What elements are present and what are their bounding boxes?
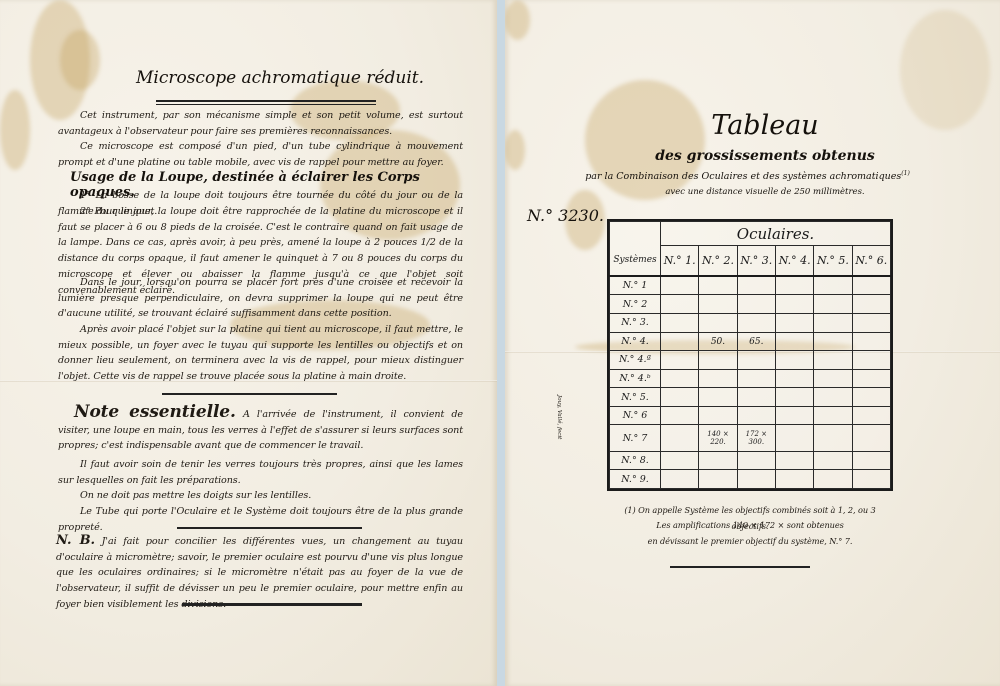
table-cell bbox=[852, 470, 890, 489]
table-cell bbox=[814, 388, 852, 407]
table-row: N.° 3. bbox=[610, 313, 891, 332]
table-cell bbox=[737, 369, 775, 388]
table-row: N.° 8. bbox=[610, 451, 891, 470]
table-cell bbox=[737, 295, 775, 314]
oculaire-column-header: N.° 5. bbox=[814, 246, 852, 276]
systeme-row-label: N.° 7 bbox=[610, 425, 661, 451]
note-paragraph-1: Il faut avoir soin de tenir les verres t… bbox=[58, 457, 463, 488]
table-row: N.° 4.ª bbox=[610, 351, 891, 370]
table-cell bbox=[661, 388, 699, 407]
table-cell bbox=[814, 332, 852, 351]
table-cell bbox=[775, 276, 813, 295]
table-subtitle-2: par la Combinaison des Oculaires et des … bbox=[575, 170, 920, 182]
table-cell bbox=[699, 369, 737, 388]
nb-block: N. B. J'ai fait pour concilier les diffé… bbox=[56, 533, 463, 613]
table-cell bbox=[661, 470, 699, 489]
table-row: N.° 7140 ×220.172 ×300. bbox=[610, 425, 891, 451]
nb-label: N. B. bbox=[56, 533, 95, 548]
table-cell bbox=[852, 276, 890, 295]
table-cell bbox=[775, 470, 813, 489]
document-title: Microscope achromatique réduit. bbox=[130, 68, 430, 88]
table-row: N.° 9. bbox=[610, 470, 891, 489]
table-cell bbox=[814, 406, 852, 425]
table-row: N.° 2 bbox=[610, 295, 891, 314]
table-cell bbox=[699, 470, 737, 489]
table-cell bbox=[852, 451, 890, 470]
footnote-divider bbox=[670, 566, 810, 568]
footnote-line-2: Les amplifications 140 × 172 × sont obte… bbox=[605, 518, 895, 534]
table-cell bbox=[775, 406, 813, 425]
systemes-header: Systèmes bbox=[610, 246, 661, 276]
cell-value: 65. bbox=[749, 337, 763, 347]
intro-paragraph-2: Ce microscope est composé d'un pied, d'u… bbox=[58, 139, 463, 170]
note-paragraph-2: On ne doit pas mettre les doigts sur les… bbox=[58, 488, 463, 504]
table-row: N.° 6 bbox=[610, 406, 891, 425]
table-cell bbox=[661, 369, 699, 388]
cell-value-part: 220. bbox=[699, 438, 736, 446]
table-cell bbox=[814, 276, 852, 295]
table-cell bbox=[661, 332, 699, 351]
systeme-row-label: N.° 4.ᵇ bbox=[610, 369, 661, 388]
table-cell bbox=[737, 406, 775, 425]
systeme-row-label: N.° 5. bbox=[610, 388, 661, 407]
systeme-row-label: N.° 9. bbox=[610, 470, 661, 489]
table-cell bbox=[737, 388, 775, 407]
magnification-table-grid: Oculaires. Systèmes N.° 1.N.° 2.N.° 3.N.… bbox=[609, 221, 891, 489]
table-row: N.° 1 bbox=[610, 276, 891, 295]
magnification-table: Oculaires. Systèmes N.° 1.N.° 2.N.° 3.N.… bbox=[607, 219, 893, 491]
table-cell bbox=[661, 451, 699, 470]
footnote-marker: (1) bbox=[901, 170, 910, 177]
section-divider bbox=[162, 393, 337, 395]
intro-paragraph-1: Cet instrument, par son mécanisme simple… bbox=[58, 108, 463, 139]
table-cell bbox=[775, 351, 813, 370]
note-title: Note essentielle. bbox=[74, 402, 236, 422]
table-subtitle-2-text: par la Combinaison des Oculaires et des … bbox=[585, 171, 901, 182]
title-underline bbox=[156, 100, 376, 105]
table-cell bbox=[814, 295, 852, 314]
table-cell bbox=[737, 470, 775, 489]
table-subtitle-3: avec une distance visuelle de 250 millim… bbox=[640, 187, 890, 197]
table-cell bbox=[852, 313, 890, 332]
table-cell bbox=[699, 295, 737, 314]
table-row: N.° 4.ᵇ bbox=[610, 369, 891, 388]
footnote-line-3: en dévissant le premier objectif du syst… bbox=[605, 534, 895, 550]
table-cell bbox=[699, 351, 737, 370]
table-cell bbox=[661, 295, 699, 314]
table-title: Tableau bbox=[650, 110, 880, 141]
table-cell bbox=[775, 332, 813, 351]
systeme-row-label: N.° 4. bbox=[610, 332, 661, 351]
oculaire-column-header: N.° 1. bbox=[661, 246, 699, 276]
table-cell bbox=[852, 351, 890, 370]
systeme-row-label: N.° 4.ª bbox=[610, 351, 661, 370]
table-cell bbox=[852, 406, 890, 425]
systeme-row-label: N.° 6 bbox=[610, 406, 661, 425]
table-cell: 172 ×300. bbox=[737, 425, 775, 451]
table-cell: 50. bbox=[699, 332, 737, 351]
table-cell bbox=[661, 406, 699, 425]
table-cell bbox=[775, 388, 813, 407]
table-cell bbox=[737, 351, 775, 370]
cell-value-part: 172 × bbox=[738, 430, 775, 438]
oculaires-header: Oculaires. bbox=[661, 222, 891, 246]
systeme-row-label: N.° 8. bbox=[610, 451, 661, 470]
table-cell bbox=[661, 351, 699, 370]
systeme-row-label: N.° 2 bbox=[610, 295, 661, 314]
nb-divider-bottom bbox=[182, 603, 362, 606]
table-cell: 140 ×220. bbox=[699, 425, 737, 451]
margin-note: Jouy, Vallé, fecit bbox=[556, 395, 562, 439]
table-cell bbox=[852, 425, 890, 451]
oculaire-column-header: N.° 2. bbox=[699, 246, 737, 276]
cell-value: 50. bbox=[711, 337, 725, 347]
left-page: Microscope achromatique réduit. Cet inst… bbox=[0, 0, 497, 686]
table-cell bbox=[699, 313, 737, 332]
table-cell bbox=[699, 451, 737, 470]
table-row: N.° 4.50.65. bbox=[610, 332, 891, 351]
oculaire-column-header: N.° 3. bbox=[737, 246, 775, 276]
note-paragraph-3: Le Tube qui porte l'Oculaire et le Systè… bbox=[58, 504, 463, 535]
section-paragraph-3: Dans le jour, lorsqu'on pourra se placer… bbox=[58, 275, 463, 322]
table-cell bbox=[814, 351, 852, 370]
table-cell bbox=[661, 425, 699, 451]
table-cell bbox=[699, 406, 737, 425]
table-cell: 65. bbox=[737, 332, 775, 351]
table-cell bbox=[775, 295, 813, 314]
table-cell bbox=[852, 388, 890, 407]
table-cell bbox=[852, 332, 890, 351]
table-cell bbox=[775, 451, 813, 470]
table-cell bbox=[699, 388, 737, 407]
cell-value-part: 300. bbox=[738, 438, 775, 446]
table-cell bbox=[737, 276, 775, 295]
note-block: Note essentielle. A l'arrivée de l'instr… bbox=[58, 405, 463, 454]
systeme-row-label: N.° 3. bbox=[610, 313, 661, 332]
table-cell bbox=[737, 313, 775, 332]
nb-divider-top bbox=[177, 527, 362, 529]
table-row: N.° 5. bbox=[610, 388, 891, 407]
table-cell bbox=[814, 425, 852, 451]
oculaire-column-header: N.° 6. bbox=[852, 246, 890, 276]
table-cell bbox=[814, 470, 852, 489]
table-cell bbox=[814, 313, 852, 332]
nb-text: J'ai fait pour concilier les différentes… bbox=[56, 536, 463, 610]
table-subtitle: des grossissements obtenus bbox=[640, 148, 890, 164]
table-cell bbox=[814, 369, 852, 388]
oculaire-column-header: N.° 4. bbox=[775, 246, 813, 276]
systeme-row-label: N.° 1 bbox=[610, 276, 661, 295]
table-cell bbox=[814, 451, 852, 470]
cell-value-part: 140 × bbox=[699, 430, 736, 438]
table-cell bbox=[852, 295, 890, 314]
section-paragraph-4: Après avoir placé l'objet sur la platine… bbox=[58, 322, 463, 385]
table-cell bbox=[775, 369, 813, 388]
table-cell bbox=[661, 313, 699, 332]
table-cell bbox=[737, 451, 775, 470]
table-cell bbox=[699, 276, 737, 295]
table-cell bbox=[775, 425, 813, 451]
serial-number: N.° 3230. bbox=[527, 206, 604, 225]
table-cell bbox=[775, 313, 813, 332]
table-cell bbox=[661, 276, 699, 295]
table-cell bbox=[852, 369, 890, 388]
